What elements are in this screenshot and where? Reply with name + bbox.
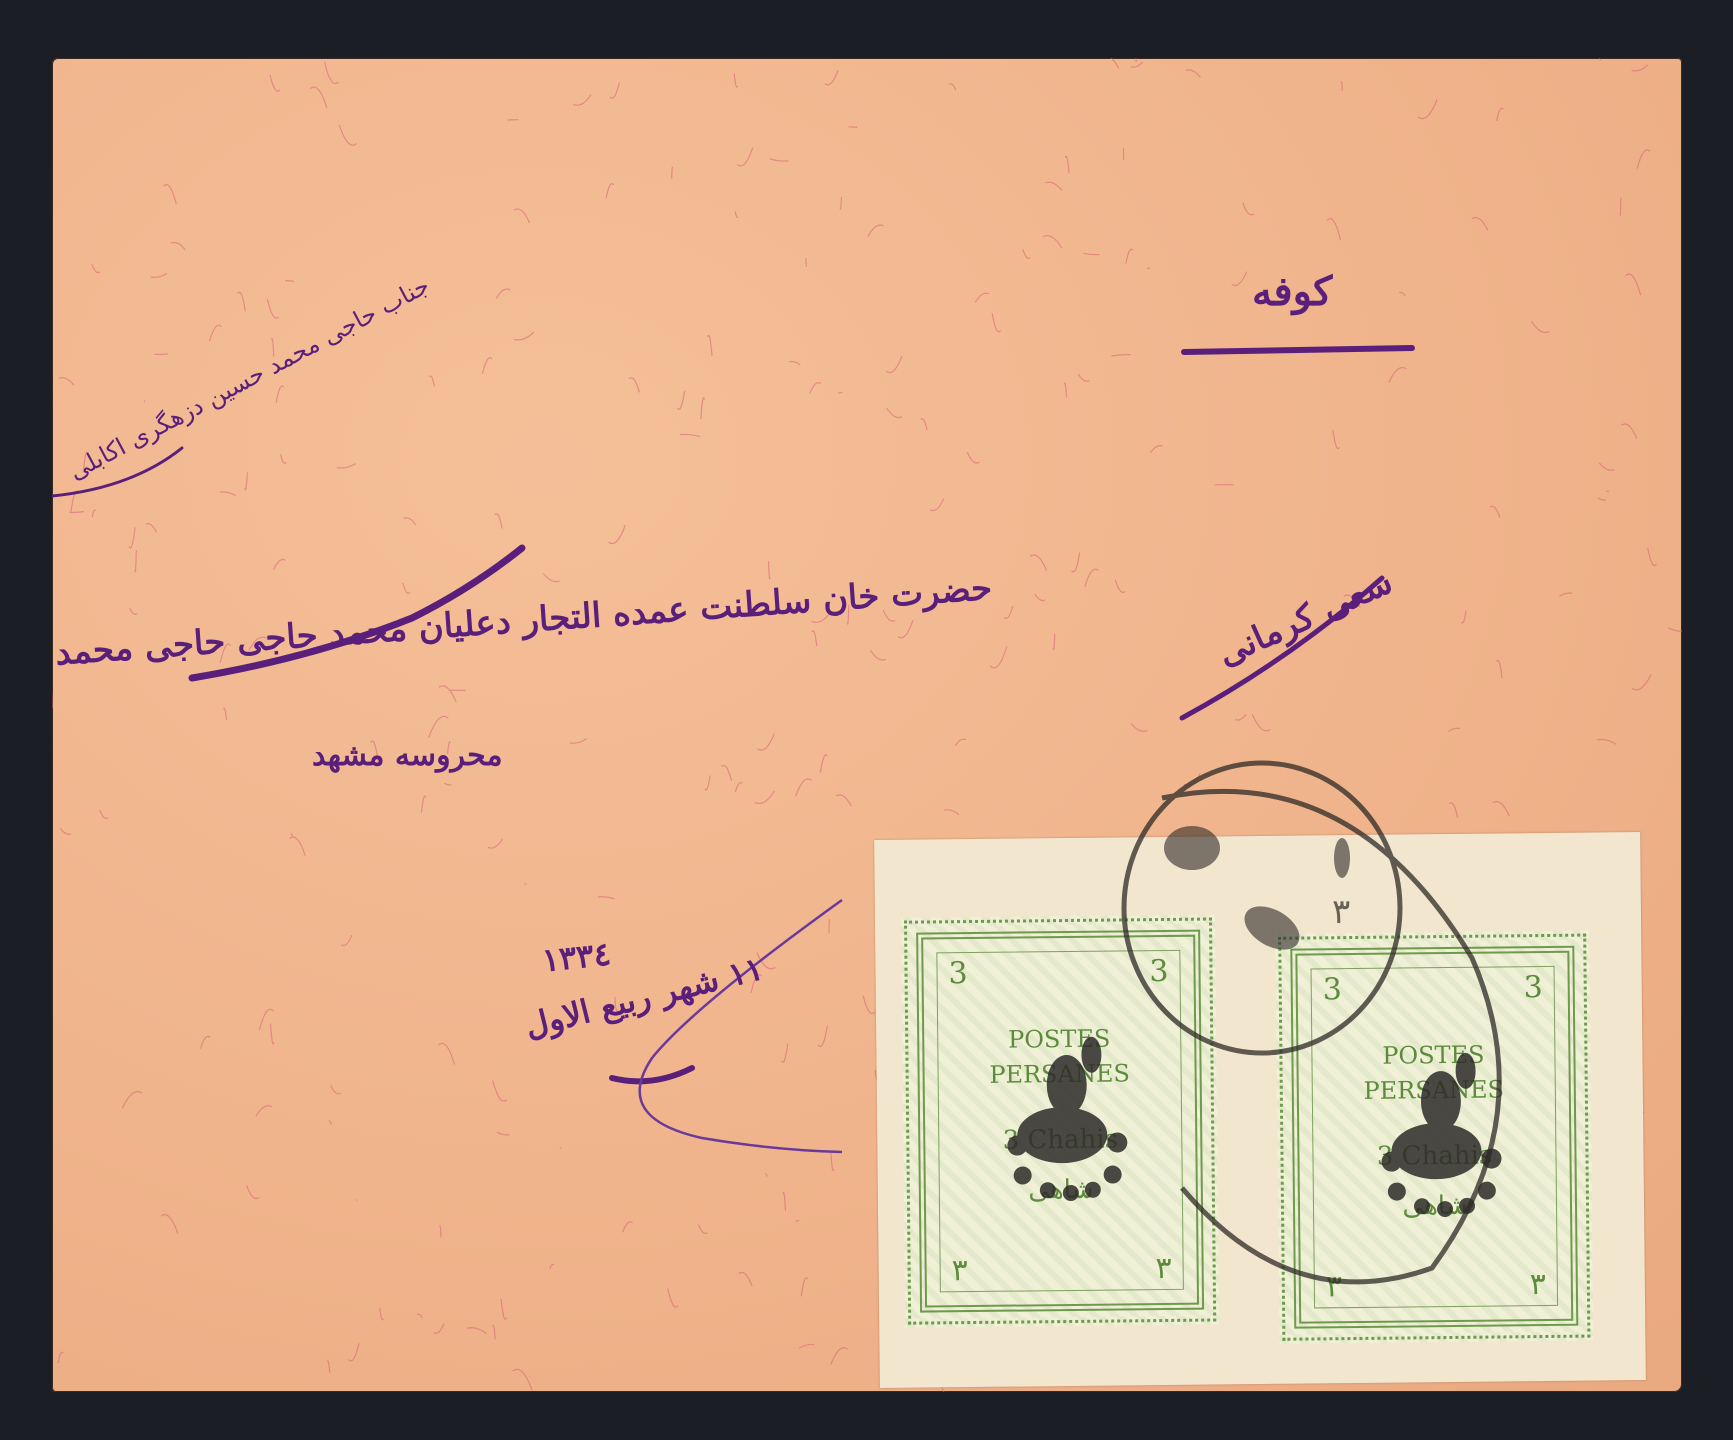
envelope: کوفه حضرت خان سلطنت عمده التجار دعلیان م… xyxy=(52,58,1682,1392)
postmark-text: ٣ xyxy=(1332,892,1350,932)
postmark: ٣ xyxy=(52,58,1682,1392)
